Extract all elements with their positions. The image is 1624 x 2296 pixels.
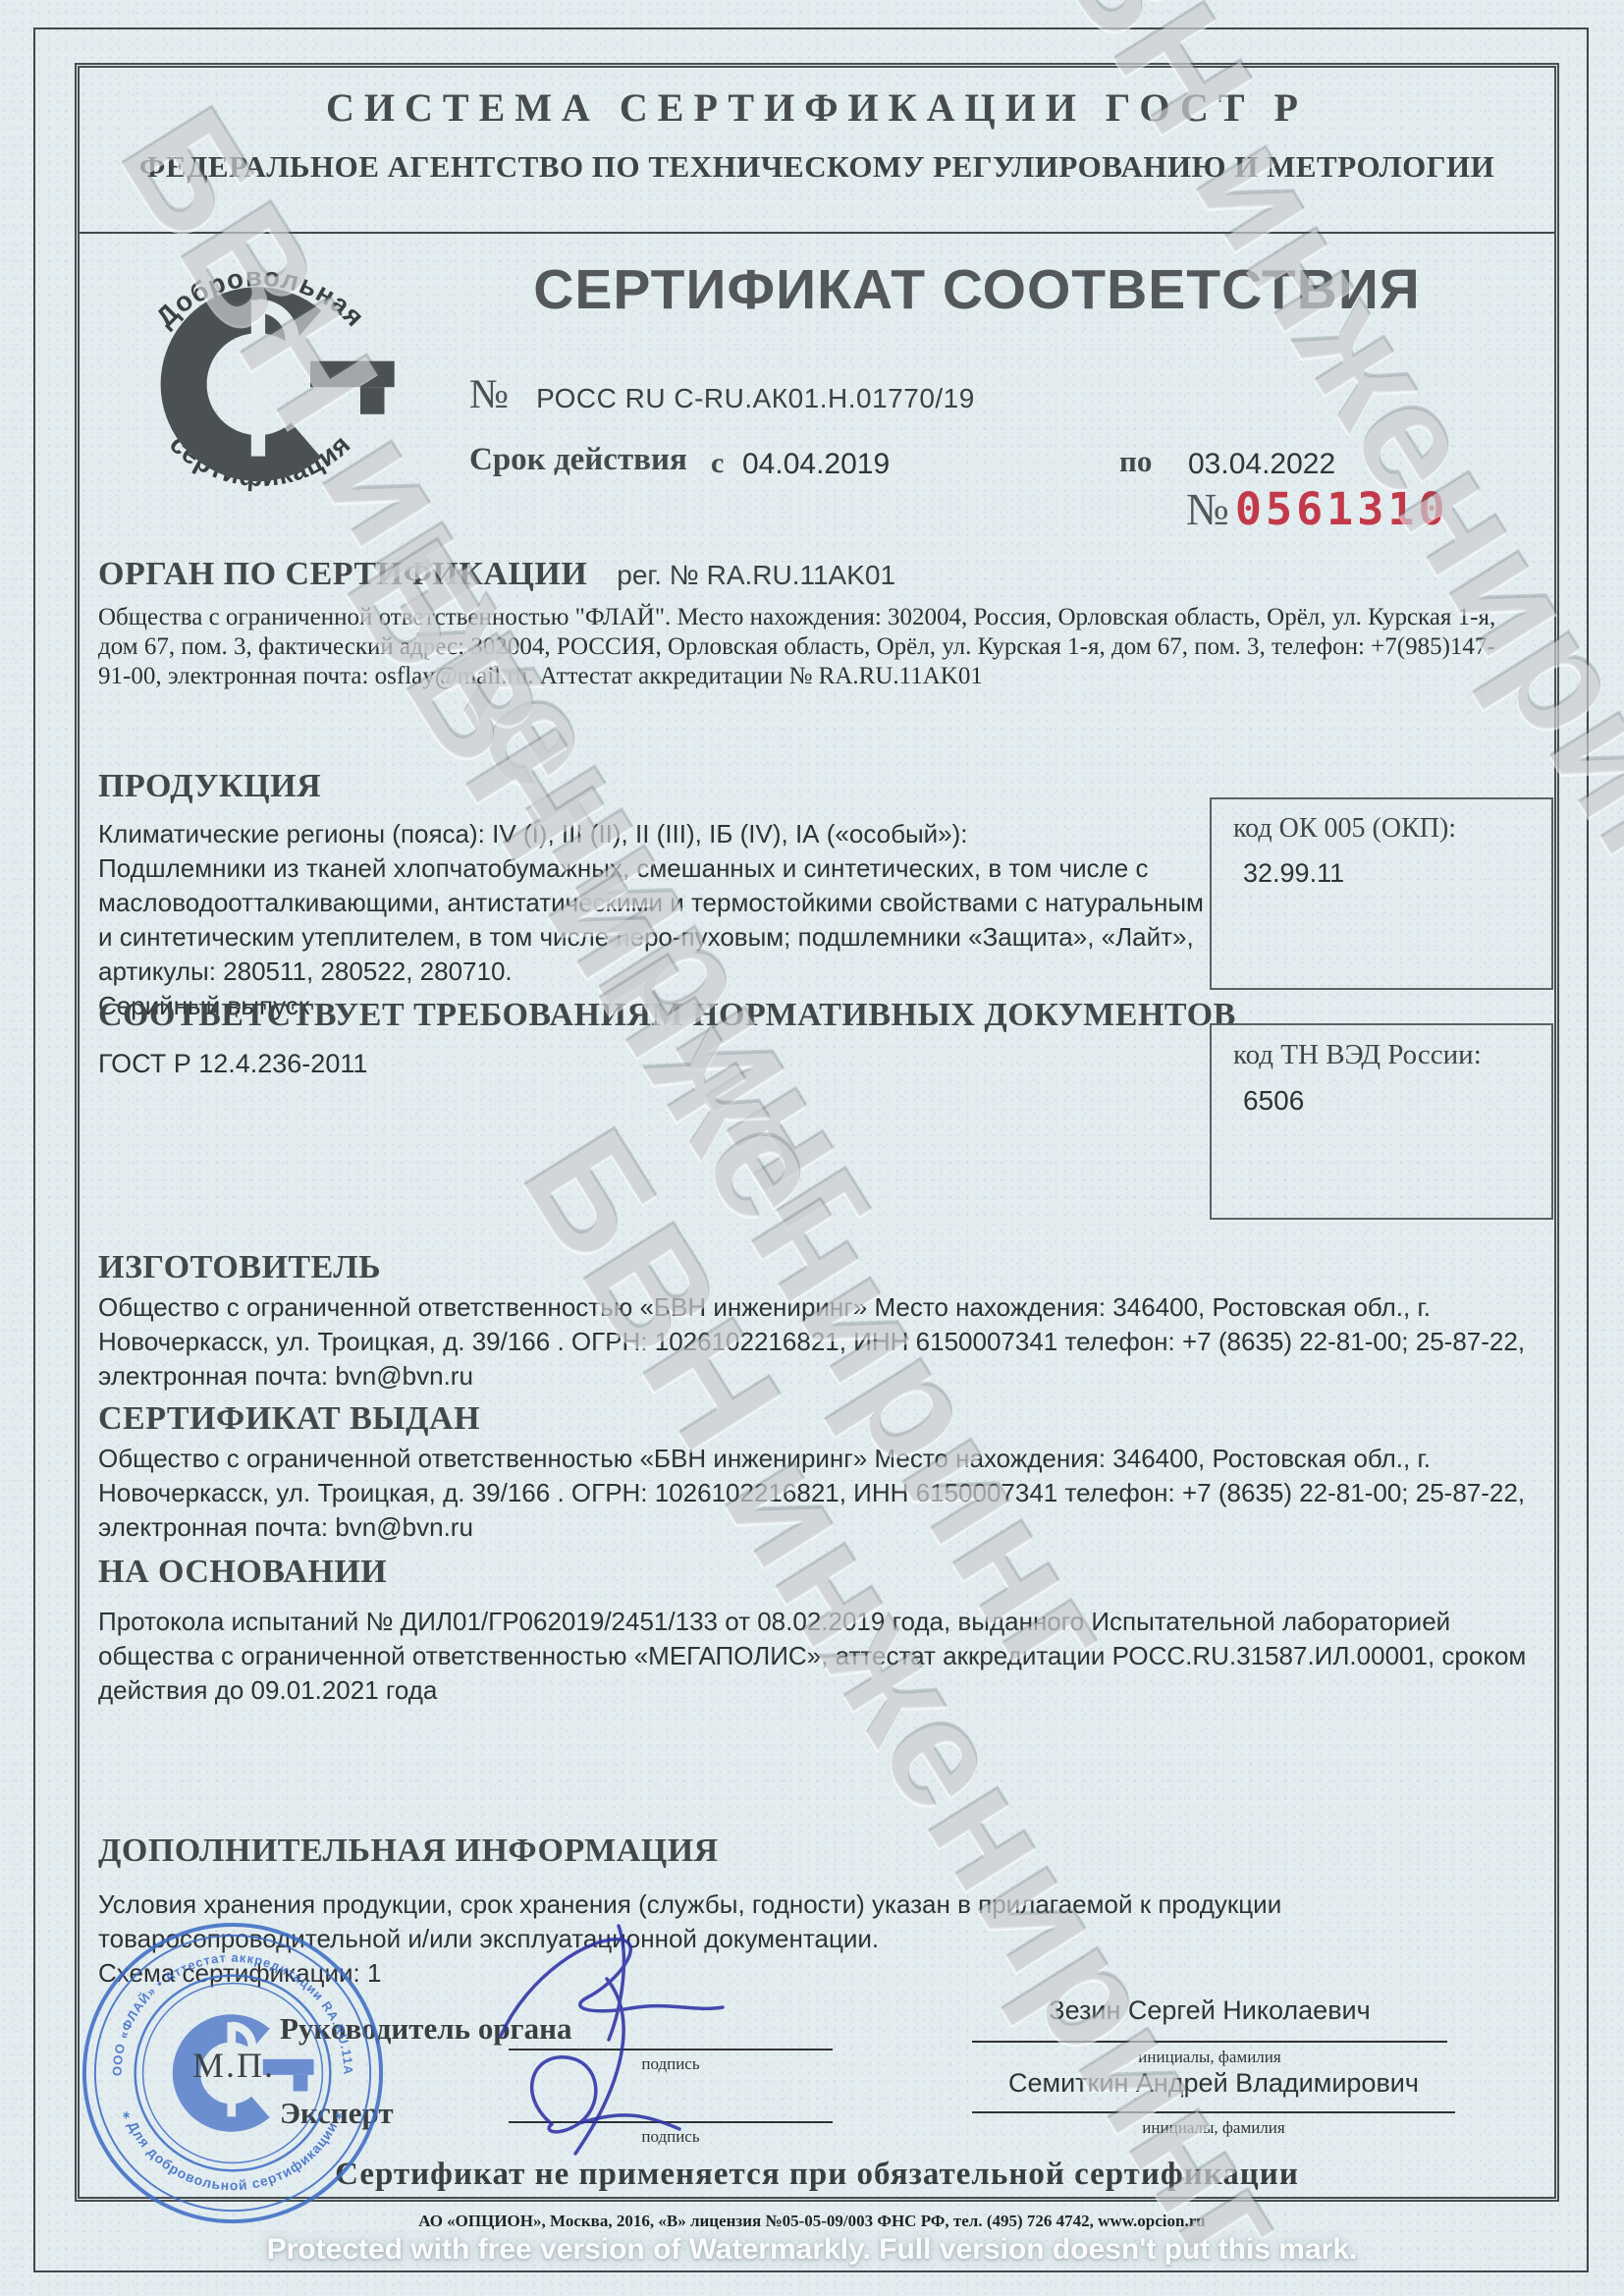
- organ-body-line: дом 67, пом. 3, фактический адрес: 30200…: [98, 632, 1534, 662]
- blank-number-value: 0561310: [1235, 483, 1449, 535]
- basis-body-line: действия до 09.01.2021 года: [98, 1673, 1534, 1708]
- issued-to-body-line: электронная почта: bvn@bvn.ru: [98, 1510, 1534, 1545]
- organ-reg-number: рег. № RA.RU.11AK01: [617, 560, 895, 591]
- tnved-code-value: 6506: [1212, 1071, 1551, 1117]
- production-body-line: и синтетическим утеплителем, в том числе…: [98, 920, 1198, 955]
- expert-name-caption: инициалы, фамилия: [972, 2118, 1455, 2138]
- certificate-number-label: №: [469, 371, 509, 418]
- certificate-number-row: № РОСС RU C-RU.АК01.Н.01770/19: [469, 371, 975, 418]
- issued-to-heading: СЕРТИФИКАТ ВЫДАН: [98, 1400, 480, 1438]
- manufacturer-heading: ИЗГОТОВИТЕЛЬ: [98, 1249, 381, 1286]
- head-person-name: Зезин Сергей Николаевич: [972, 1995, 1447, 2026]
- manufacturer-body: Общество с ограниченной ответственностью…: [98, 1290, 1534, 1394]
- gost-r-voluntary-certification-logo: Добровольная сертификация: [110, 234, 410, 519]
- agency-title: ФЕДЕРАЛЬНОЕ АГЕНТСТВО ПО ТЕХНИЧЕСКОМУ РЕ…: [75, 149, 1559, 185]
- production-body-line: артикулы: 280511, 280522, 280710.: [98, 955, 1198, 989]
- blank-number-row: № 0561310: [1186, 483, 1449, 535]
- conformity-standard: ГОСТ Р 12.4.236-2011: [98, 1047, 367, 1081]
- production-body-line: Климатические регионы (пояса): IV (I), I…: [98, 817, 1198, 851]
- head-name-line: [972, 2041, 1447, 2043]
- issued-to-body: Общество с ограниченной ответственностью…: [98, 1442, 1534, 1545]
- organ-body-line: 91-00, электронная почта: osflay@mail.ru…: [98, 662, 1534, 691]
- handwritten-signatures: [471, 1920, 785, 2165]
- certificate-number-value: РОСС RU C-RU.АК01.Н.01770/19: [536, 383, 975, 414]
- head-signature-ink: [501, 1926, 723, 2154]
- okp-code-box: код ОК 005 (ОКП): 32.99.11: [1210, 797, 1553, 990]
- validity-to-date: 03.04.2022: [1188, 448, 1335, 481]
- basis-heading: НА ОСНОВАНИИ: [98, 1554, 387, 1591]
- stamp-place-caption: М.П.: [192, 2045, 275, 2086]
- basis-body-line: Протокола испытаний № ДИЛ01/ГР062019/245…: [98, 1605, 1534, 1639]
- conformity-heading: СООТВЕТСТВУЕТ ТРЕБОВАНИЯМ НОРМАТИВНЫХ ДО…: [98, 997, 1236, 1034]
- tnved-code-label: код ТН ВЭД России:: [1212, 1025, 1551, 1071]
- okp-code-label: код ОК 005 (ОКП):: [1212, 799, 1551, 845]
- production-heading: ПРОДУКЦИЯ: [98, 768, 321, 805]
- validity-from-date: 04.04.2019: [742, 448, 890, 481]
- manufacturer-body-line: Новочеркасск, ул. Троицкая, д. 39/166 . …: [98, 1325, 1534, 1359]
- production-body-line: масловодоотталкивающими, антистатическим…: [98, 886, 1198, 920]
- organ-body: Общества с ограниченной ответственностью…: [98, 603, 1534, 691]
- expert-signature-ink: [532, 2057, 679, 2132]
- tnved-code-box: код ТН ВЭД России: 6506: [1210, 1023, 1553, 1220]
- head-name-caption: инициалы, фамилия: [972, 2048, 1447, 2067]
- certificate-page: БВН инжениринг БВН инжениринг БВН инжени…: [0, 0, 1624, 2296]
- expert-name-line: [972, 2111, 1455, 2113]
- production-body: Климатические регионы (пояса): IV (I), I…: [98, 817, 1198, 1023]
- okp-code-value: 32.99.11: [1212, 845, 1551, 889]
- additional-info-heading: ДОПОЛНИТЕЛЬНАЯ ИНФОРМАЦИЯ: [98, 1832, 719, 1870]
- watermarkly-protection-text: Protected with free version of Watermark…: [0, 2233, 1624, 2267]
- manufacturer-body-line: Общество с ограниченной ответственностью…: [98, 1290, 1534, 1325]
- manufacturer-body-line: электронная почта: bvn@bvn.ru: [98, 1359, 1534, 1394]
- section-organ-heading-row: ОРГАН ПО СЕРТИФИКАЦИИ рег. № RA.RU.11AK0…: [98, 556, 895, 593]
- issued-to-body-line: Общество с ограниченной ответственностью…: [98, 1442, 1534, 1476]
- organ-heading: ОРГАН ПО СЕРТИФИКАЦИИ: [98, 556, 587, 593]
- expert-person-name: Семиткин Андрей Владимирович: [972, 2068, 1455, 2099]
- issued-to-body-line: Новочеркасск, ул. Троицкая, д. 39/166 . …: [98, 1476, 1534, 1510]
- basis-body-line: общества с ограниченной ответственностью…: [98, 1639, 1534, 1673]
- validity-to-label: по: [1119, 444, 1152, 479]
- validity-label: Срок действия: [469, 442, 687, 478]
- production-body-line: Подшлемники из тканей хлопчатобумажных, …: [98, 851, 1198, 886]
- organ-body-line: Общества с ограниченной ответственностью…: [98, 603, 1534, 632]
- certification-system-title: СИСТЕМА СЕРТИФИКАЦИИ ГОСТ Р: [75, 84, 1559, 131]
- basis-body: Протокола испытаний № ДИЛ01/ГР062019/245…: [98, 1605, 1534, 1708]
- certificate-title: СЕРТИФИКАТ СООТВЕТСТВИЯ: [412, 257, 1542, 322]
- validity-from-label: с: [711, 447, 724, 480]
- blank-number-label: №: [1186, 483, 1229, 535]
- rst-monogram-icon: [184, 300, 395, 458]
